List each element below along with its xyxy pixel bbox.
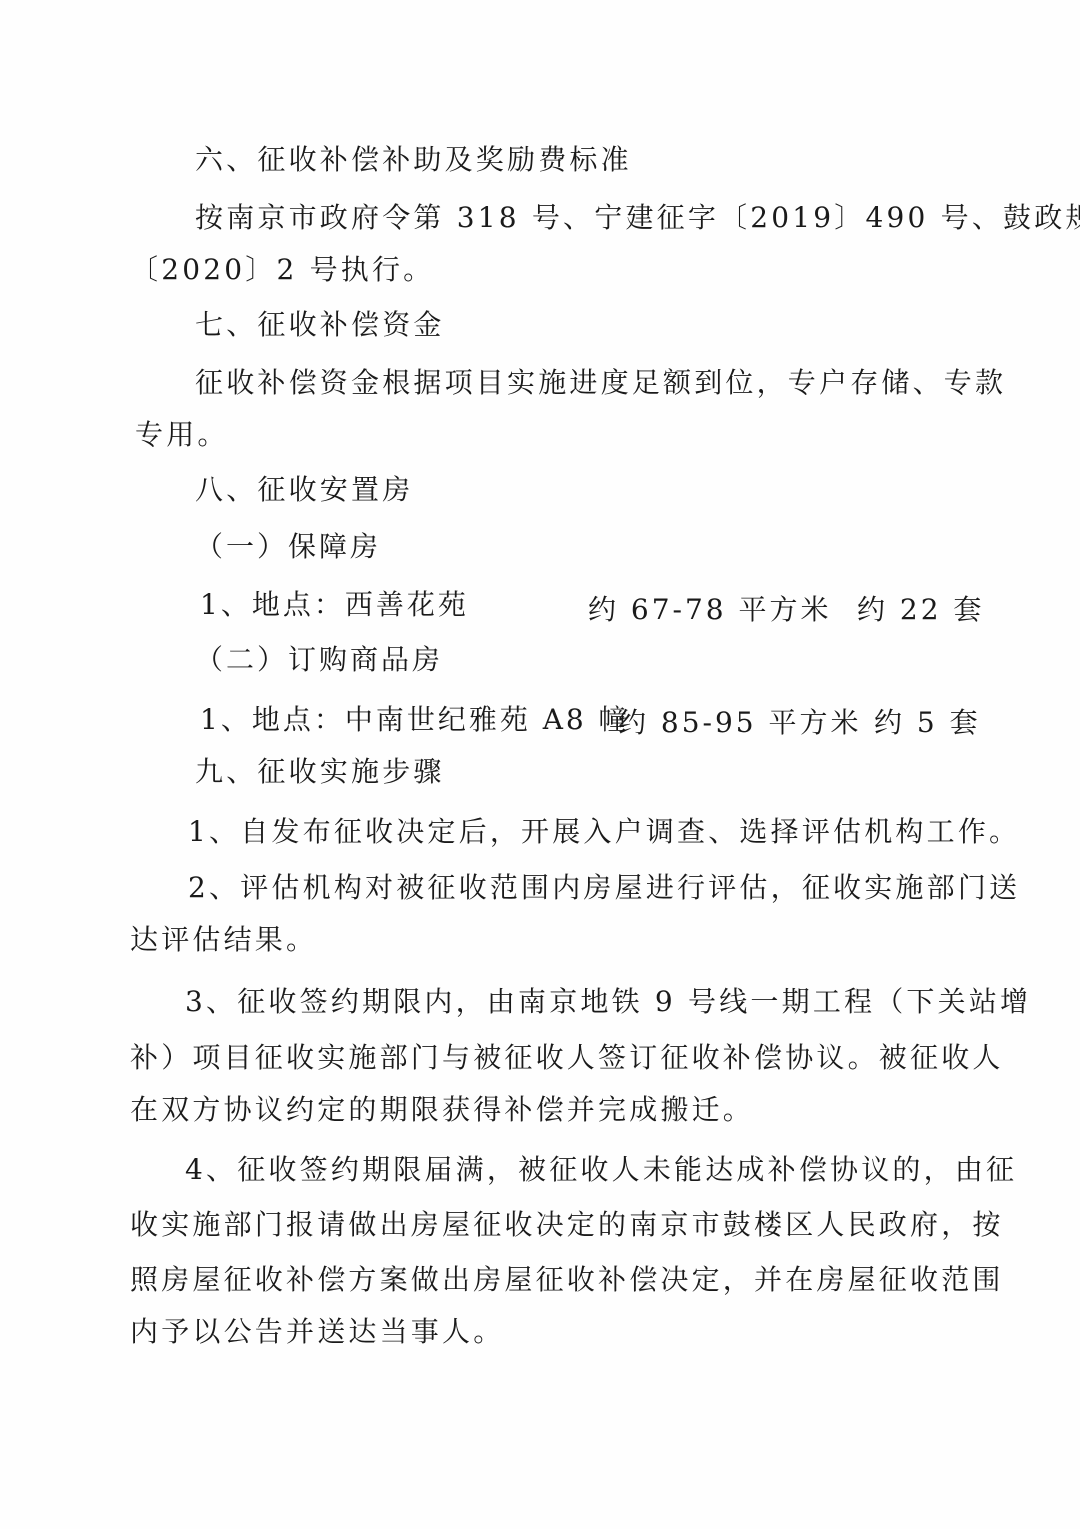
affordable-housing-location: 1、地点：西善花苑 <box>200 585 469 625</box>
subsection-affordable-housing-title: （一）保障房 <box>195 527 381 567</box>
step-1-line1: 1、自发布征收决定后，开展入户调查、选择评估机构工作。 <box>188 812 975 852</box>
step-3-line2: 补）项目征收实施部门与被征收人签订征收补偿协议。被征收人 <box>130 1038 965 1078</box>
step-4-line1: 4、征收签约期限届满，被征收人未能达成补偿协议的，由征 <box>185 1150 970 1190</box>
step-2-line1: 2、评估机构对被征收范围内房屋进行评估，征收实施部门送 <box>188 868 975 908</box>
affordable-housing-count: 约 22 套 <box>857 590 984 630</box>
commercial-housing-count: 约 5 套 <box>874 703 981 743</box>
step-4-line4: 内予以公告并送达当事人。 <box>130 1312 970 1352</box>
section-six-body-line2: 〔2020〕2 号执行。 <box>130 250 970 290</box>
section-seven-body-line2: 专用。 <box>135 415 975 455</box>
section-nine-heading: 九、征收实施步骤 <box>195 752 975 792</box>
step-4-line3: 照房屋征收补偿方案做出房屋征收补偿决定，并在房屋征收范围 <box>130 1260 970 1300</box>
document-page: 六、征收补偿补助及奖励费标准 按南京市政府令第 318 号、宁建征字〔2019〕… <box>0 0 1080 1529</box>
step-2-line2: 达评估结果。 <box>130 920 970 960</box>
commercial-housing-location: 1、地点：中南世纪雅苑 A8 幢 <box>200 700 630 740</box>
section-six-heading: 六、征收补偿补助及奖励费标准 <box>195 140 975 180</box>
affordable-housing-area: 约 67-78 平方米 <box>588 590 832 630</box>
step-3-line1: 3、征收签约期限内，由南京地铁 9 号线一期工程（下关站增 <box>185 982 975 1022</box>
section-seven-body-line1: 征收补偿资金根据项目实施进度足额到位，专户存储、专款 <box>195 363 975 403</box>
section-eight-heading: 八、征收安置房 <box>195 470 975 510</box>
step-4-line2: 收实施部门报请做出房屋征收决定的南京市鼓楼区人民政府，按 <box>130 1205 970 1245</box>
section-six-body-line1: 按南京市政府令第 318 号、宁建征字〔2019〕490 号、鼓政规 <box>195 198 975 238</box>
section-seven-heading: 七、征收补偿资金 <box>195 305 975 345</box>
subsection-commercial-housing-title: （二）订购商品房 <box>195 640 443 680</box>
commercial-housing-area: 约 85-95 平方米 <box>618 703 862 743</box>
step-3-line3: 在双方协议约定的期限获得补偿并完成搬迁。 <box>130 1090 970 1130</box>
